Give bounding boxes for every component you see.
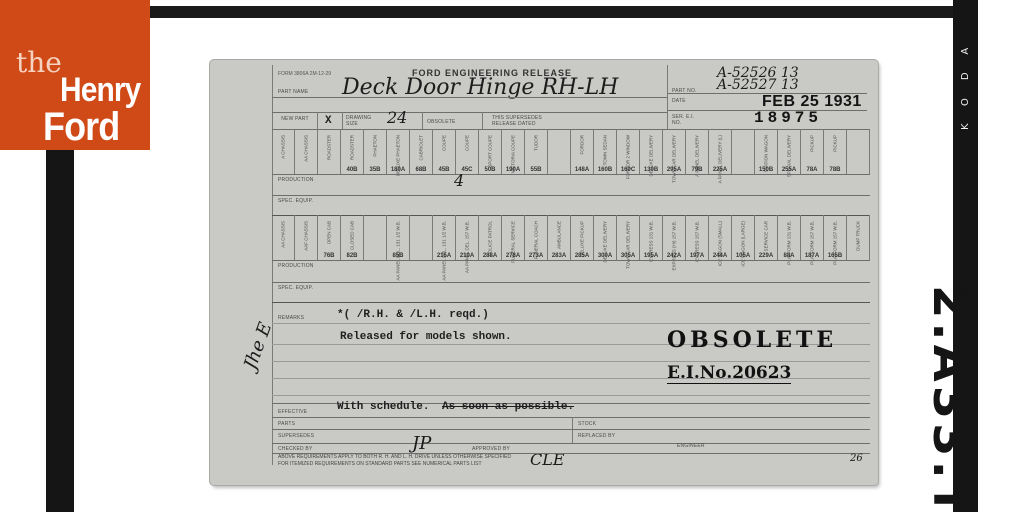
model-name: Deluxe Pickup bbox=[580, 221, 585, 257]
model-column: Fordor148A bbox=[571, 129, 594, 174]
body-code: 242A bbox=[663, 253, 685, 259]
corner-mark: 26 bbox=[850, 453, 863, 464]
model-column: Deluxe Delivery300A bbox=[594, 215, 617, 260]
ei-number-label: SER. E.I. NO. bbox=[672, 114, 698, 126]
body-code: 273A bbox=[525, 253, 547, 259]
body-code: 45B bbox=[433, 167, 455, 173]
checked-by-initials: JP bbox=[412, 433, 431, 454]
model-column: AA Panel Del. 131 1/2 W.B.85B bbox=[387, 215, 410, 260]
model-column: Police Patrol288A bbox=[479, 215, 502, 260]
model-column: A Panel Delivery (L)225A bbox=[709, 129, 732, 174]
body-code: 78A bbox=[801, 167, 823, 173]
body-code: 295A bbox=[663, 167, 685, 173]
new-part-mark: X bbox=[325, 115, 332, 127]
drawing-size-value: 24 bbox=[387, 108, 407, 127]
model-column: Tudor55B bbox=[525, 129, 548, 174]
model-column: Phaeton35B bbox=[364, 129, 387, 174]
model-column: Deluxe Delivery130B bbox=[640, 129, 663, 174]
logo-word-ford: Ford bbox=[43, 105, 119, 150]
engineering-release-card: Jhe E FORM 3806A 2M-12-29 FORD ENGINEERI… bbox=[210, 60, 878, 485]
model-column: Platform 131 W.B.88A bbox=[778, 215, 801, 260]
production-label-2: PRODUCTION bbox=[278, 263, 314, 269]
model-name: Town Car Delivery bbox=[626, 221, 631, 269]
model-column: Closed Cab82B bbox=[341, 215, 364, 260]
body-code: 130B bbox=[640, 167, 662, 173]
body-code: 148A bbox=[571, 167, 593, 173]
model-column: Dump Truck bbox=[847, 215, 870, 260]
checked-by-label: CHECKED BY bbox=[278, 446, 313, 452]
henry-ford-logo[interactable]: the Henry Ford bbox=[0, 0, 150, 150]
remarks-label: REMARKS bbox=[278, 315, 304, 321]
model-name: Roadster bbox=[327, 135, 332, 160]
replaced-by-label: REPLACED BY bbox=[578, 433, 615, 439]
film-strip-top-edge bbox=[150, 6, 958, 18]
model-name: Service Car bbox=[764, 221, 769, 251]
body-code: 76B bbox=[318, 253, 340, 259]
model-column: Victoria Coupe190A bbox=[502, 129, 525, 174]
body-code: 165B bbox=[824, 253, 846, 259]
body-code: 105A bbox=[732, 253, 754, 259]
body-code: 278A bbox=[502, 253, 524, 259]
production-label-1: PRODUCTION bbox=[278, 177, 314, 183]
body-code: 160C bbox=[617, 167, 639, 173]
approved-by-label: APPROVED BY bbox=[472, 446, 510, 452]
obsolete-label: OBSOLETE bbox=[427, 119, 456, 125]
part-name-label: PART NAME bbox=[278, 89, 308, 95]
model-column: Station Wagon150B bbox=[755, 129, 778, 174]
model-column: AA Panel Del. 157 W.B.210A bbox=[456, 215, 479, 260]
body-code: 197A bbox=[686, 253, 708, 259]
body-code: 187A bbox=[801, 253, 823, 259]
model-name: Dump Truck bbox=[856, 221, 861, 251]
model-columns-group-2: AA ChassisAAF ChassisOpen Cab76BClosed C… bbox=[272, 215, 870, 260]
model-column: Funeral Service278A bbox=[502, 215, 525, 260]
body-code: 195A bbox=[640, 253, 662, 259]
model-column: Express (Hi) 157 W.B.242A bbox=[663, 215, 686, 260]
effective-struck-value: As soon as possible. bbox=[442, 401, 574, 413]
drawing-size-label: DRAWING SIZE bbox=[346, 115, 376, 127]
body-code: 190A bbox=[502, 167, 524, 173]
model-name: Open Cab bbox=[327, 221, 332, 244]
model-column: Special Delivery255A bbox=[778, 129, 801, 174]
remarks-line-1: *( /R.H. & /L.H. reqd.) bbox=[337, 309, 489, 321]
obsolete-ei-stamp: E.I.No.20623 bbox=[667, 363, 791, 384]
body-code: 210A bbox=[456, 253, 478, 259]
footnote-line-2: FOR ITEMIZED REQUIREMENTS ON STANDARD PA… bbox=[278, 461, 511, 468]
model-column: Ice Wagon (Large)105A bbox=[732, 215, 755, 260]
model-name: Sport Coupe bbox=[488, 135, 493, 168]
spec-equip-label-1: SPEC. EQUIP. bbox=[278, 198, 313, 204]
model-name: Closed Cab bbox=[350, 221, 355, 250]
body-code: 40B bbox=[341, 167, 363, 173]
model-name: Roadster bbox=[350, 135, 355, 160]
body-code: 300A bbox=[594, 253, 616, 259]
model-column: AAF Chassis bbox=[295, 215, 318, 260]
body-code: 85B bbox=[387, 253, 409, 259]
model-column: Roadster bbox=[318, 129, 341, 174]
model-name: AA Panel Del. 131 1/2 W.B. bbox=[396, 221, 401, 281]
body-code: 244A bbox=[709, 253, 731, 259]
part-number-2: A-52527 13 bbox=[717, 79, 799, 91]
body-code: 285A bbox=[571, 253, 593, 259]
model-column bbox=[410, 215, 433, 260]
new-part-label: NEW PART bbox=[280, 116, 310, 122]
model-column bbox=[732, 129, 755, 174]
model-name: A Chassis bbox=[281, 135, 286, 159]
body-code: 225A bbox=[709, 167, 731, 173]
model-column: Roadster40B bbox=[341, 129, 364, 174]
parts-label: PARTS bbox=[278, 421, 295, 427]
model-column: Coupe45B bbox=[433, 129, 456, 174]
model-column: Ice Wagon (Small)244A bbox=[709, 215, 732, 260]
model-name: Coupe bbox=[442, 135, 447, 151]
engineer-label: ENGINEER bbox=[677, 443, 705, 449]
body-code: 180A bbox=[387, 167, 409, 173]
body-code: 78B bbox=[824, 167, 846, 173]
model-column: Pickup78B bbox=[824, 129, 847, 174]
footnote-line-1: ABOVE REQUIREMENTS APPLY TO BOTH R. H. A… bbox=[278, 454, 511, 461]
model-column: Ambulance283A bbox=[548, 215, 571, 260]
model-column: Sport Coupe50B bbox=[479, 129, 502, 174]
production-mark: 4 bbox=[454, 171, 464, 190]
film-frame-code: 2.A33.T bbox=[928, 285, 978, 512]
body-code: 35B bbox=[364, 167, 386, 173]
body-code: 88A bbox=[778, 253, 800, 259]
model-column: Open Cab76B bbox=[318, 215, 341, 260]
model-column: Platform 157 W.B.187A bbox=[801, 215, 824, 260]
effective-value: With schedule. bbox=[337, 401, 429, 413]
model-column: Town Car Delivery295A bbox=[663, 129, 686, 174]
model-column: A Chassis bbox=[272, 129, 295, 174]
model-column: Town Sedan160B bbox=[594, 129, 617, 174]
model-name: Tudor bbox=[534, 135, 539, 151]
model-name: Ambulance bbox=[557, 221, 562, 249]
supersedes-label: SUPERSEDES bbox=[278, 433, 314, 439]
model-name: AA Panel Del. 131 1/2 W.B. bbox=[442, 221, 447, 281]
model-column: Deluxe Pickup285A bbox=[571, 215, 594, 260]
model-column: Fordor 2 Window160C bbox=[617, 129, 640, 174]
model-columns-group-1: A ChassisAA ChassisRoadsterRoadster40BPh… bbox=[272, 129, 870, 174]
model-column: A Panel Delivery79B bbox=[686, 129, 709, 174]
obsolete-stamp: OBSOLETE bbox=[667, 327, 837, 353]
model-name: Town Car Delivery bbox=[672, 135, 677, 183]
body-code: 283A bbox=[548, 253, 570, 259]
spec-equip-label-2: SPEC. EQUIP. bbox=[278, 285, 313, 291]
model-name: Town Sedan bbox=[603, 135, 608, 165]
model-column: Platform 157 W.B.165B bbox=[824, 215, 847, 260]
body-code: 50B bbox=[479, 167, 501, 173]
effective-label: EFFECTIVE bbox=[278, 409, 307, 415]
body-code: 160B bbox=[594, 167, 616, 173]
model-name: Fordor bbox=[580, 135, 585, 155]
model-name: Express (Hi) 157 W.B. bbox=[672, 221, 677, 271]
release-form: FORM 3806A 2M-12-29 FORD ENGINEERING REL… bbox=[272, 65, 870, 470]
body-code: 150B bbox=[755, 167, 777, 173]
model-name: AA Chassis bbox=[281, 221, 286, 248]
model-name: Phaeton bbox=[373, 135, 378, 157]
date-label: DATE bbox=[672, 98, 686, 104]
form-number: FORM 3806A 2M-12-29 bbox=[278, 71, 331, 77]
stock-label: STOCK bbox=[578, 421, 596, 427]
model-column: Express 157 W.B.197A bbox=[686, 215, 709, 260]
model-name: Cabriolet bbox=[419, 135, 424, 161]
model-column: Funeral Coach273A bbox=[525, 215, 548, 260]
model-name: Police Patrol bbox=[488, 221, 493, 256]
model-column bbox=[364, 215, 387, 260]
supersedes-release-label: THIS SUPERSEDES RELEASE DATED bbox=[492, 115, 562, 127]
model-name: Pickup bbox=[810, 135, 815, 152]
film-edge-text: KODA bbox=[953, 20, 978, 140]
remarks-line-2: Released for models shown. bbox=[340, 331, 512, 343]
requirements-footnote: ABOVE REQUIREMENTS APPLY TO BOTH R. H. A… bbox=[278, 454, 511, 468]
body-code: 215A bbox=[433, 253, 455, 259]
body-code: 82B bbox=[341, 253, 363, 259]
body-code: 305A bbox=[617, 253, 639, 259]
model-column bbox=[847, 129, 870, 174]
body-code: 55B bbox=[525, 167, 547, 173]
model-column: Pickup78A bbox=[801, 129, 824, 174]
model-column: AA Chassis bbox=[272, 215, 295, 260]
body-code: 288A bbox=[479, 253, 501, 259]
model-column: Town Car Delivery305A bbox=[617, 215, 640, 260]
model-name: Pickup bbox=[833, 135, 838, 152]
model-column: Express 131 W.B.195A bbox=[640, 215, 663, 260]
model-column: Service Car229A bbox=[755, 215, 778, 260]
body-code: 79B bbox=[686, 167, 708, 173]
model-name: Coupe bbox=[465, 135, 470, 151]
model-name: AA Panel Del. 157 W.B. bbox=[465, 221, 470, 273]
model-column: Cabriolet68B bbox=[410, 129, 433, 174]
model-column: AA Chassis bbox=[295, 129, 318, 174]
body-code: 68B bbox=[410, 167, 432, 173]
body-code: 229A bbox=[755, 253, 777, 259]
model-column: AA Panel Del. 131 1/2 W.B.215A bbox=[433, 215, 456, 260]
model-column: Deluxe Phaeton180A bbox=[387, 129, 410, 174]
model-column bbox=[548, 129, 571, 174]
model-name: AA Chassis bbox=[304, 135, 309, 162]
model-name: AAF Chassis bbox=[304, 221, 309, 251]
model-name: A Panel Delivery (L) bbox=[718, 135, 723, 183]
ei-number-value: 18975 bbox=[754, 109, 822, 127]
body-code: 255A bbox=[778, 167, 800, 173]
logo-word-the: the bbox=[16, 46, 62, 79]
model-column: Coupe45C bbox=[456, 129, 479, 174]
